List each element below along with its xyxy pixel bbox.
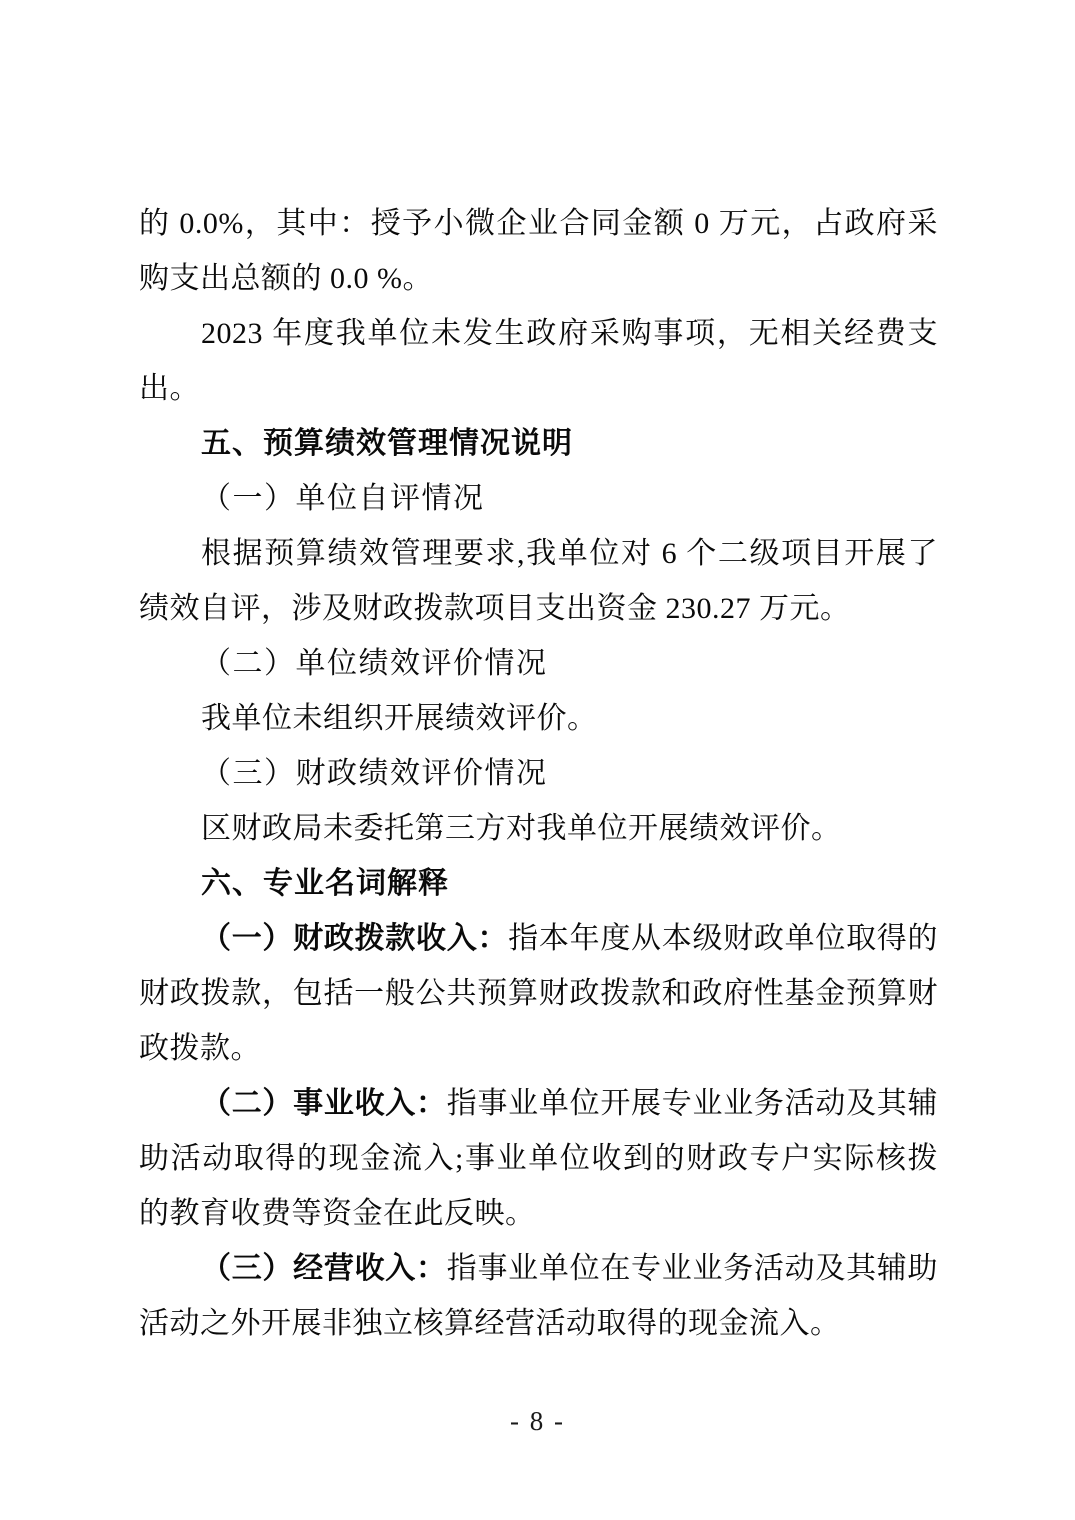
paragraph-fiscal-performance-evaluation: 区财政局未委托第三方对我单位开展绩效评价。 bbox=[139, 801, 938, 856]
paragraph-procurement-none: 2023 年度我单位未发生政府采购事项，无相关经费支出。 bbox=[139, 306, 938, 416]
term-paragraph-fiscal-appropriation-income: （一）财政拨款收入：指本年度从本级财政单位取得的财政拨款，包括一般公共预算财政拨… bbox=[139, 911, 938, 1076]
document-body: 的 0.0%，其中：授予小微企业合同金额 0 万元，占政府采购支出总额的 0.0… bbox=[139, 196, 938, 1351]
section-heading-5: 五、预算绩效管理情况说明 bbox=[139, 416, 938, 471]
subheading-unit-performance-evaluation: （二）单位绩效评价情况 bbox=[139, 636, 938, 691]
term-paragraph-operating-income: （三）经营收入：指事业单位在专业业务活动及其辅助活动之外开展非独立核算经营活动取… bbox=[139, 1241, 938, 1351]
paragraph-unit-performance-evaluation: 我单位未组织开展绩效评价。 bbox=[139, 691, 938, 746]
paragraph-self-evaluation: 根据预算绩效管理要求,我单位对 6 个二级项目开展了绩效自评，涉及财政拨款项目支… bbox=[139, 526, 938, 636]
term-paragraph-business-income: （二）事业收入：指事业单位开展专业业务活动及其辅助活动取得的现金流入;事业单位收… bbox=[139, 1076, 938, 1241]
section-heading-6: 六、专业名词解释 bbox=[139, 856, 938, 911]
term-label: （一）财政拨款收入： bbox=[201, 922, 508, 955]
page-number: - 8 - bbox=[0, 1404, 1075, 1438]
document-page: 的 0.0%，其中：授予小微企业合同金额 0 万元，占政府采购支出总额的 0.0… bbox=[0, 0, 1075, 1520]
term-label: （三）经营收入： bbox=[201, 1252, 447, 1285]
subheading-self-evaluation: （一）单位自评情况 bbox=[139, 471, 938, 526]
term-label: （二）事业收入： bbox=[201, 1087, 447, 1120]
subheading-fiscal-performance-evaluation: （三）财政绩效评价情况 bbox=[139, 746, 938, 801]
paragraph-procurement-continuation: 的 0.0%，其中：授予小微企业合同金额 0 万元，占政府采购支出总额的 0.0… bbox=[139, 196, 938, 306]
